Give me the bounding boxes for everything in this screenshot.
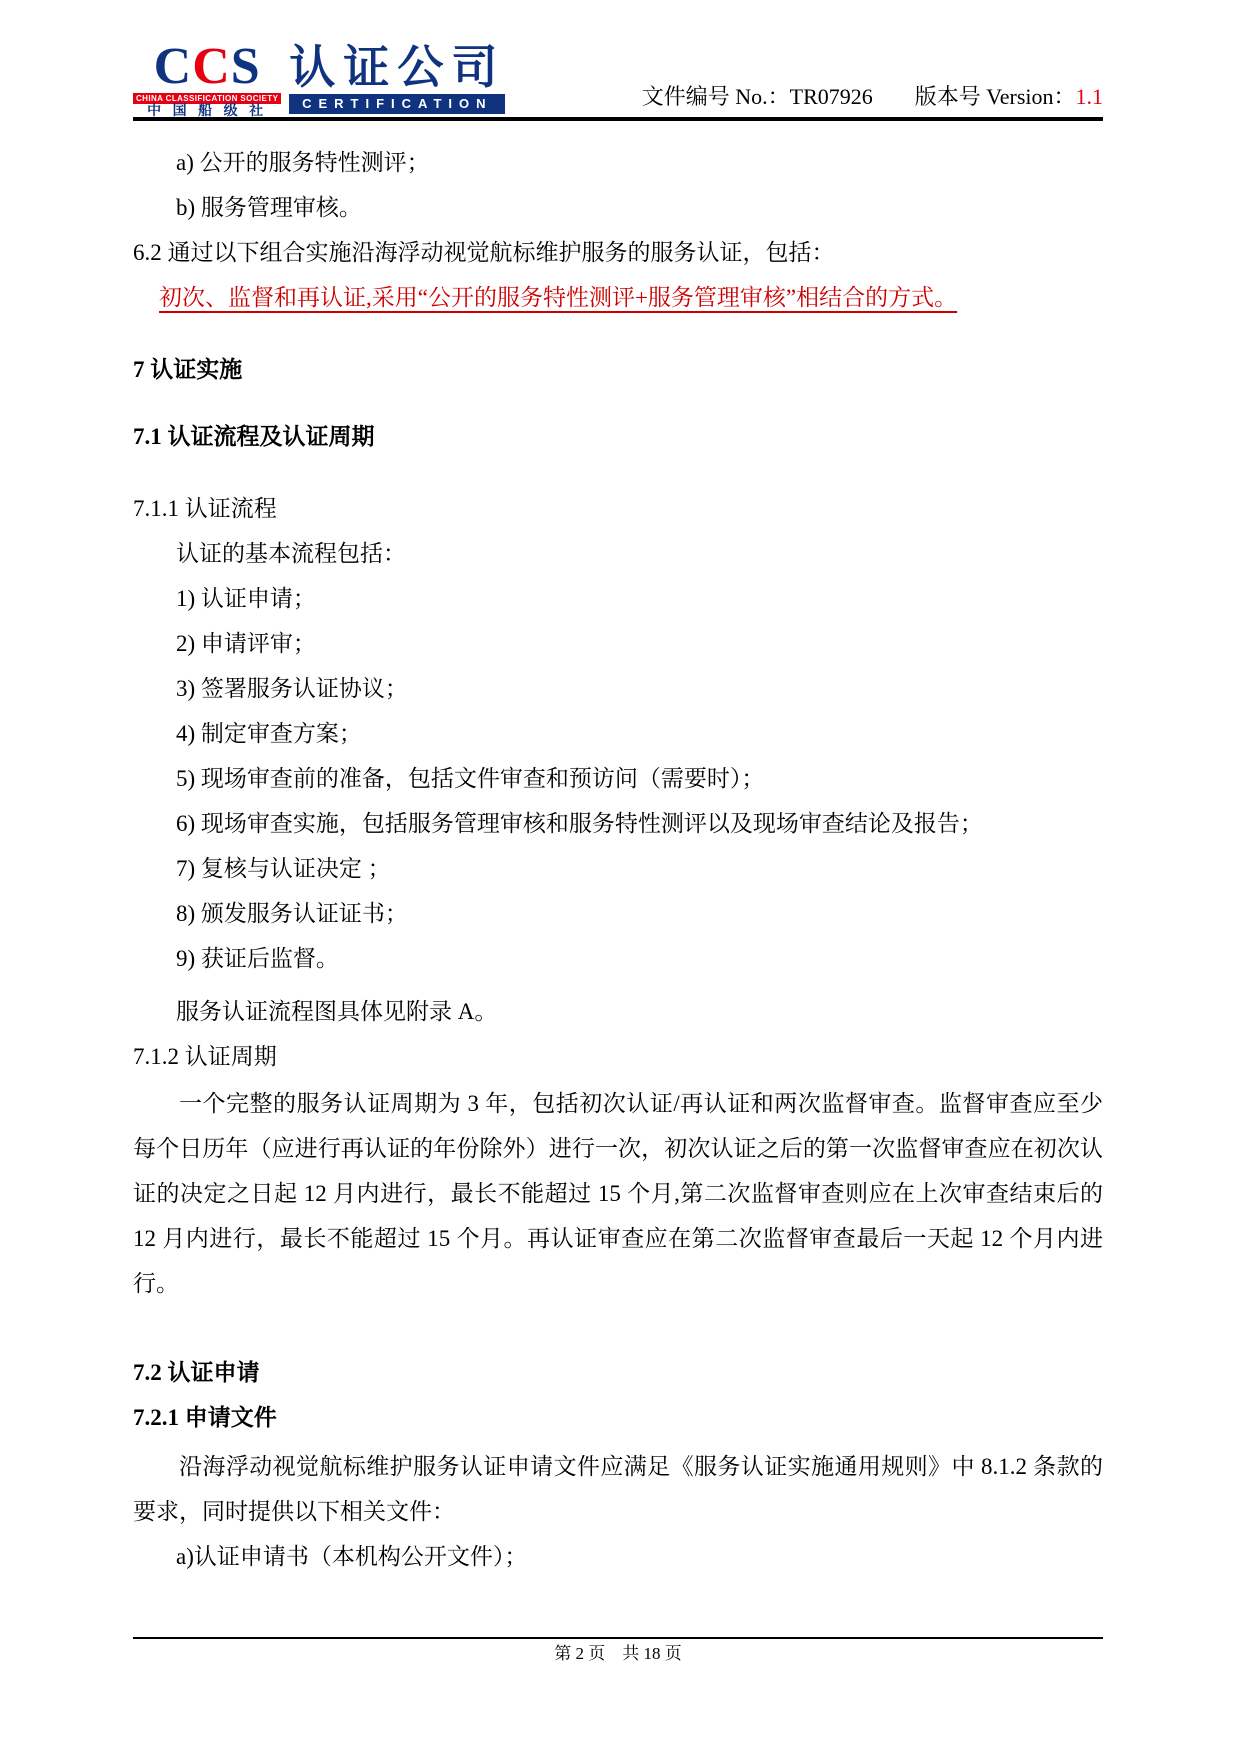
society-banner: CHINA CLASSIFICATION SOCIETY [133,93,281,104]
heading-7-1-2: 7.1.2 认证周期 [133,1034,1103,1079]
doc-number-value: TR07926 [790,84,873,109]
ccs-logo: CCS CHINA CLASSIFICATION SOCIETY 中 国 船 级… [133,44,505,120]
footer-rule [133,1637,1103,1639]
ccs-letter-c1: C [154,38,193,95]
ccs-logo-left: CCS CHINA CLASSIFICATION SOCIETY 中 国 船 级… [133,44,281,120]
flow-intro: 认证的基本流程包括： [133,531,1103,576]
apply-paragraph: 沿海浮动视觉航标维护服务认证申请文件应满足《服务认证实施通用规则》中 8.1.2… [133,1444,1103,1534]
heading-7: 7 认证实施 [133,347,1103,392]
ccs-letter-c2: C [192,38,231,95]
ccs-letters: CCS [154,44,261,90]
apply-item-a: a)认证申请书（本机构公开文件）； [133,1534,1103,1579]
section-6-2: 6.2 通过以下组合实施沿海浮动视觉航标维护服务的服务认证，包括： [133,230,1103,275]
doc-info: 文件编号 No.：TR07926版本号 Version：1.1 [642,80,1103,111]
company-name-cn: 认证公司 [289,44,505,92]
document-page: CCS CHINA CLASSIFICATION SOCIETY 中 国 船 级… [0,0,1233,1743]
flow-step-6: 6) 现场审查实施，包括服务管理审核和服务特性测评以及现场审查结论及报告； [133,801,1103,846]
version-label: 版本号 Version： [915,84,1076,109]
flow-step-1: 1) 认证申请； [133,576,1103,621]
ccs-letter-s: S [231,38,261,95]
header-rule [133,117,1103,121]
red-note: 初次、监督和再认证,采用“公开的服务特性测评+服务管理审核”相结合的方式。 [133,275,1103,320]
list-item-b: b) 服务管理审核。 [133,185,1103,230]
cycle-paragraph: 一个完整的服务认证周期为 3 年，包括初次认证/再认证和两次监督审查。监督审查应… [133,1081,1103,1306]
red-note-text: 初次、监督和再认证,采用“公开的服务特性测评+服务管理审核”相结合的方式。 [159,285,957,310]
flow-step-7: 7) 复核与认证决定 ； [133,846,1103,891]
heading-7-2: 7.2 认证申请 [133,1350,1103,1395]
page-number: 第 2 页 共 18 页 [133,1643,1103,1665]
certification-banner: CERTIFICATION [289,94,505,114]
flow-step-4: 4) 制定审查方案； [133,711,1103,756]
heading-7-1-1: 7.1.1 认证流程 [133,486,1103,531]
flow-step-8: 8) 颁发服务认证证书； [133,891,1103,936]
heading-7-1: 7.1 认证流程及认证周期 [133,414,1103,459]
flow-step-5: 5) 现场审查前的准备，包括文件审查和预访问（需要时）； [133,756,1103,801]
flow-step-2: 2) 申请评审； [133,621,1103,666]
flow-step-3: 3) 签署服务认证协议； [133,666,1103,711]
flow-note: 服务认证流程图具体见附录 A。 [133,989,1103,1034]
ccs-logo-right: 认证公司 CERTIFICATION [289,44,505,114]
document-body: a) 公开的服务特性测评； b) 服务管理审核。 6.2 通过以下组合实施沿海浮… [133,140,1103,1579]
version-value: 1.1 [1076,84,1104,109]
flow-step-9: 9) 获证后监督。 [133,936,1103,981]
heading-7-2-1: 7.2.1 申请文件 [133,1395,1103,1440]
list-item-a: a) 公开的服务特性测评； [133,140,1103,185]
doc-number-label: 文件编号 No.： [642,84,790,109]
